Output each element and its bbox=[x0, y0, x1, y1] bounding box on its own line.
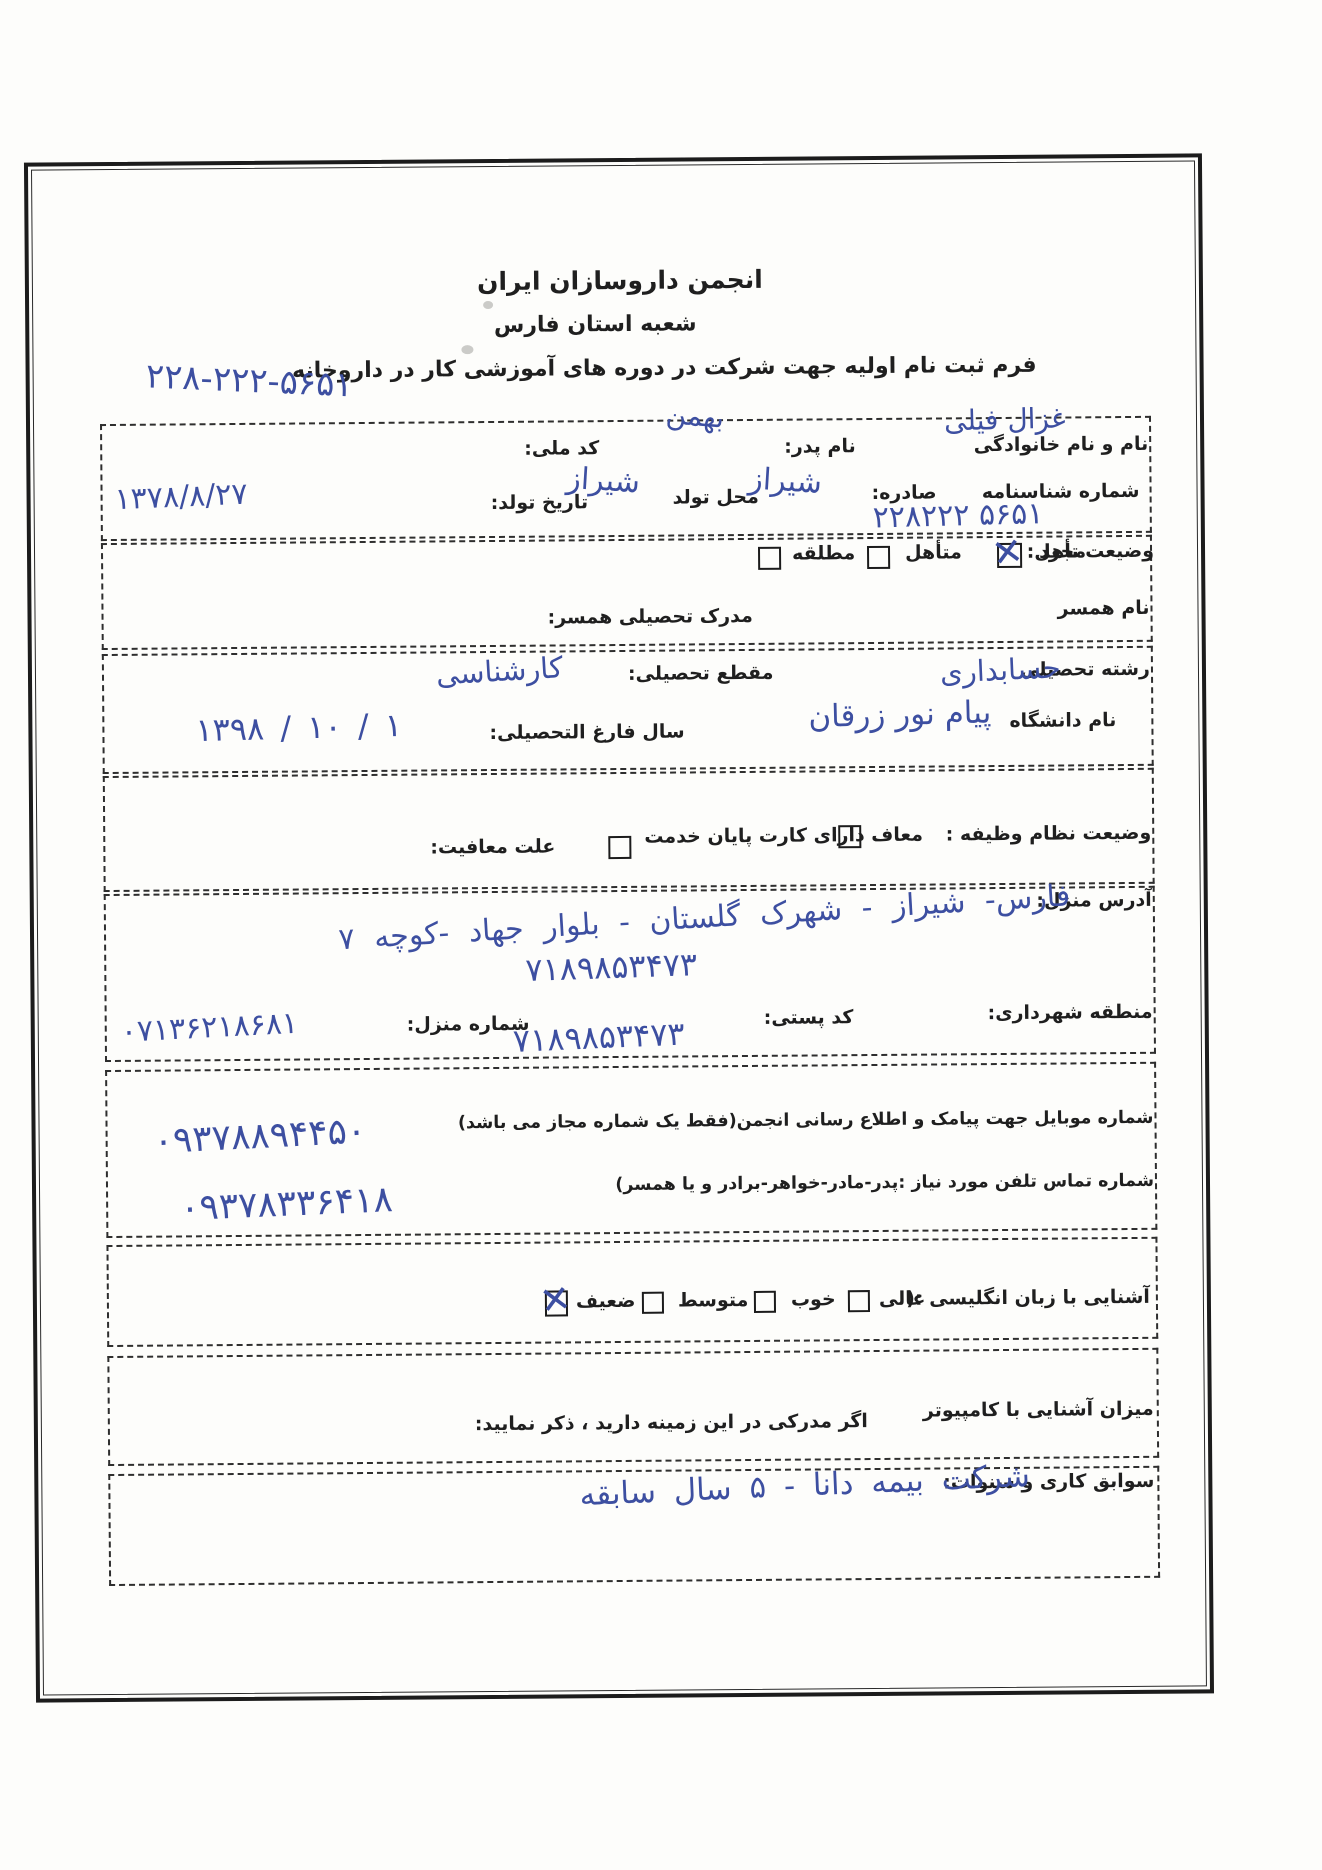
spouse-degree-label: مدرک تحصیلی همسر: bbox=[547, 605, 752, 629]
checkbox-english-weak bbox=[545, 1290, 568, 1316]
father-name-label: نام پدر: bbox=[784, 435, 856, 458]
emergency-phone-label: شماره تماس تلفن مورد نیاز :پدر-مادر-خواه… bbox=[615, 1171, 1154, 1196]
english-option-good-label: خوب bbox=[791, 1288, 836, 1311]
birth-date-label: تاریخ تولد: bbox=[491, 491, 589, 515]
military-status-label: وضیعت نظام وظیفه : bbox=[946, 822, 1152, 846]
national-code-label: کد ملی: bbox=[524, 437, 599, 460]
municipal-district-label: منطقه شهرداری: bbox=[987, 1001, 1152, 1025]
scan-speck bbox=[461, 345, 473, 354]
scan-tilt-wrapper: انجمن داروسازان ایران شعبه استان فارس فر… bbox=[0, 0, 1322, 1870]
postal-code-value: ۷۱۸۹۸۵۳۴۷۳ bbox=[512, 1017, 685, 1060]
graduation-year-value: ۱۳۹۸ / ۱۰ / ۱ bbox=[195, 708, 402, 748]
scanned-form-page: { "colors": { "ink": "#1f1f1f", "pen": "… bbox=[0, 0, 1322, 1870]
birth-place-label: محل تولد bbox=[673, 486, 759, 509]
checkbox-marital-married bbox=[867, 546, 890, 569]
full-name-label: نام و نام خانوادگی bbox=[974, 433, 1149, 457]
full-name-value: غزال فیلی bbox=[944, 403, 1066, 437]
branch-title: شعبه استان فارس bbox=[345, 310, 845, 339]
marital-option-divorced-label: مطلقه bbox=[792, 542, 855, 565]
computer-skill-label: میزان آشنایی با کامپیوتر bbox=[923, 1398, 1154, 1423]
military-option-completed-label: دارای کارت پایان خدمت bbox=[644, 824, 865, 849]
english-option-medium-label: متوسط bbox=[678, 1289, 749, 1312]
university-label: نام دانشگاه bbox=[1009, 709, 1116, 733]
checkbox-military-completed bbox=[608, 836, 631, 859]
english-skill-label: آشنایی با زبان انگلیسی :( bbox=[906, 1286, 1150, 1311]
checkbox-marital-divorced bbox=[758, 547, 781, 570]
org-title: انجمن داروسازان ایران bbox=[370, 264, 870, 297]
university-value: پیام نور زرقان bbox=[808, 695, 992, 734]
marital-option-single-label: مجرد bbox=[1039, 540, 1086, 563]
address-extra-number-value: ۷۱۸۹۸۵۳۴۷۳ bbox=[525, 947, 698, 988]
emergency-phone-value: ۰۹۳۷۸۳۳۶۴۱۸ bbox=[179, 1180, 393, 1229]
home-phone-label: شماره منزل: bbox=[407, 1013, 530, 1037]
study-level-label: مقطع تحصیلی: bbox=[628, 662, 774, 686]
checkbox-english-medium bbox=[642, 1292, 664, 1314]
checkbox-marital-single bbox=[997, 543, 1022, 568]
checkbox-english-excellent bbox=[848, 1290, 870, 1312]
scan-speck bbox=[483, 301, 493, 309]
graduation-year-label: سال فارغ التحصیلی: bbox=[489, 720, 684, 744]
postal-code-label: کد پستی: bbox=[764, 1006, 854, 1030]
father-name-value: بهمن bbox=[665, 399, 725, 434]
marital-option-married-label: متأهل bbox=[905, 541, 962, 564]
military-option-exempt-label: معاف bbox=[871, 824, 923, 847]
spouse-name-label: نام همسر bbox=[1058, 597, 1150, 621]
english-option-excellent-label: عالی bbox=[879, 1288, 926, 1311]
issued-at-label: صادره: bbox=[871, 482, 936, 505]
study-field-value: حسابداری bbox=[939, 652, 1061, 689]
birth-date-value: ۱۳۷۸/۸/۲۷ bbox=[114, 478, 248, 517]
exemption-reason-label: علت معافیت: bbox=[430, 836, 555, 860]
checkbox-english-good bbox=[754, 1291, 776, 1313]
computer-certificate-note-label: اگر مدرکی در این زمینه دارید ، ذکر نمایی… bbox=[475, 1410, 868, 1436]
issued-at-value: شیراز bbox=[748, 462, 823, 499]
english-option-weak-label: ضعیف bbox=[576, 1290, 636, 1313]
